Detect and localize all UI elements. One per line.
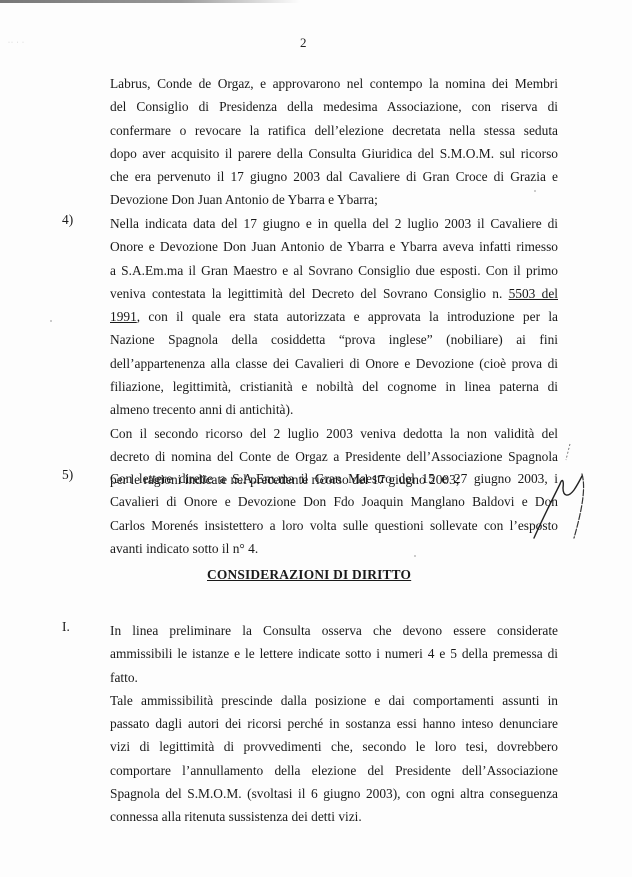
text-line: Onore e Devozione Don Juan Antonio de Yb…: [110, 235, 558, 258]
decree-year: 1991: [110, 309, 137, 324]
text-line: a S.A.Em.ma il Gran Maestro e al Sovrano…: [110, 259, 558, 282]
text-line: Spagnola del S.M.O.M. (svoltasi il 6 giu…: [110, 782, 558, 805]
text-line: Carlos Morenés insistettero a loro volta…: [110, 514, 558, 537]
text-line: Nazione Spagnola della cosiddetta “prova…: [110, 328, 558, 351]
text-line: In linea preliminare la Consulta osserva…: [110, 619, 558, 642]
text-line: filiazione, legittimità, cristianità e n…: [110, 375, 558, 398]
text-line: Labrus, Conde de Orgaz, e approvarono ne…: [110, 72, 558, 95]
item-label-5: 5): [62, 467, 73, 483]
text-line: decreto di nomina del Conte de Orgaz a P…: [110, 445, 558, 468]
handwritten-signature-icon: [530, 440, 610, 560]
scan-speck: [50, 320, 52, 322]
text-line: confermare o revocare la ratifica dell’e…: [110, 119, 558, 142]
text-line: passato dagli autori dei ricorsi perché …: [110, 712, 558, 735]
text-line: almeno trecento anni di antichità).: [110, 398, 558, 421]
page-number: 2: [300, 35, 307, 51]
text-line: ammissibili le istanze e le lettere indi…: [110, 642, 558, 665]
text-line: veniva contestata la legittimità del Dec…: [110, 282, 558, 305]
text-line: del Consiglio di Presidenza della medesi…: [110, 95, 558, 118]
item-label-4: 4): [62, 212, 73, 228]
consideration-1-paragraph: In linea preliminare la Consulta osserva…: [110, 619, 558, 829]
text-line: connessa alla ritenuta sussistenza dei d…: [110, 805, 558, 828]
text-line: dopo aver acquisito il parere della Cons…: [110, 142, 558, 165]
text-line: Nella indicata data del 17 giugno e in q…: [110, 212, 558, 235]
text-fragment: veniva contestata la legittimità del Dec…: [110, 286, 509, 301]
text-line: dell’appartenenza alla classe dei Cavali…: [110, 352, 558, 375]
consideration-label-1: I.: [62, 619, 70, 635]
text-line: vizi di legittimità di provvedimenti che…: [110, 735, 558, 758]
scanned-document-page: ·· · · 2 Labrus, Conde de Orgaz, e appro…: [0, 0, 632, 877]
decree-reference: 5503 del: [509, 286, 558, 301]
text-line: comportare l’annullamento della elezione…: [110, 759, 558, 782]
text-line: Tale ammissibilità prescinde dalla posiz…: [110, 689, 558, 712]
text-line: Con il secondo ricorso del 2 luglio 2003…: [110, 422, 558, 445]
text-line: che era pervenuto il 17 giugno 2003 dal …: [110, 165, 558, 188]
text-line: 1991, con il quale era stata autorizzata…: [110, 305, 558, 328]
text-fragment: , con il quale era stata autorizzata e a…: [137, 309, 558, 324]
scan-edge-shadow: [0, 0, 300, 3]
text-line: fatto.: [110, 666, 558, 689]
item-5-paragraph: Con lettere dirette a S.A.Em.ma il Gran …: [110, 467, 558, 560]
text-line: Devozione Don Juan Antonio de Ybarra e Y…: [110, 188, 558, 211]
section-heading: CONSIDERAZIONI DI DIRITTO: [207, 567, 411, 583]
text-line: avanti indicato sotto il n° 4.: [110, 537, 558, 560]
intro-paragraph: Labrus, Conde de Orgaz, e approvarono ne…: [110, 72, 558, 212]
text-line: Cavalieri di Onore e Devozione Don Fdo J…: [110, 490, 558, 513]
scan-speck: [535, 745, 537, 747]
item-4-paragraph: Nella indicata data del 17 giugno e in q…: [110, 212, 558, 492]
scan-speck: [534, 190, 536, 192]
corner-mark: ·· · ·: [8, 40, 25, 46]
text-line: Con lettere dirette a S.A.Em.ma il Gran …: [110, 467, 558, 490]
scan-speck: [414, 555, 416, 557]
